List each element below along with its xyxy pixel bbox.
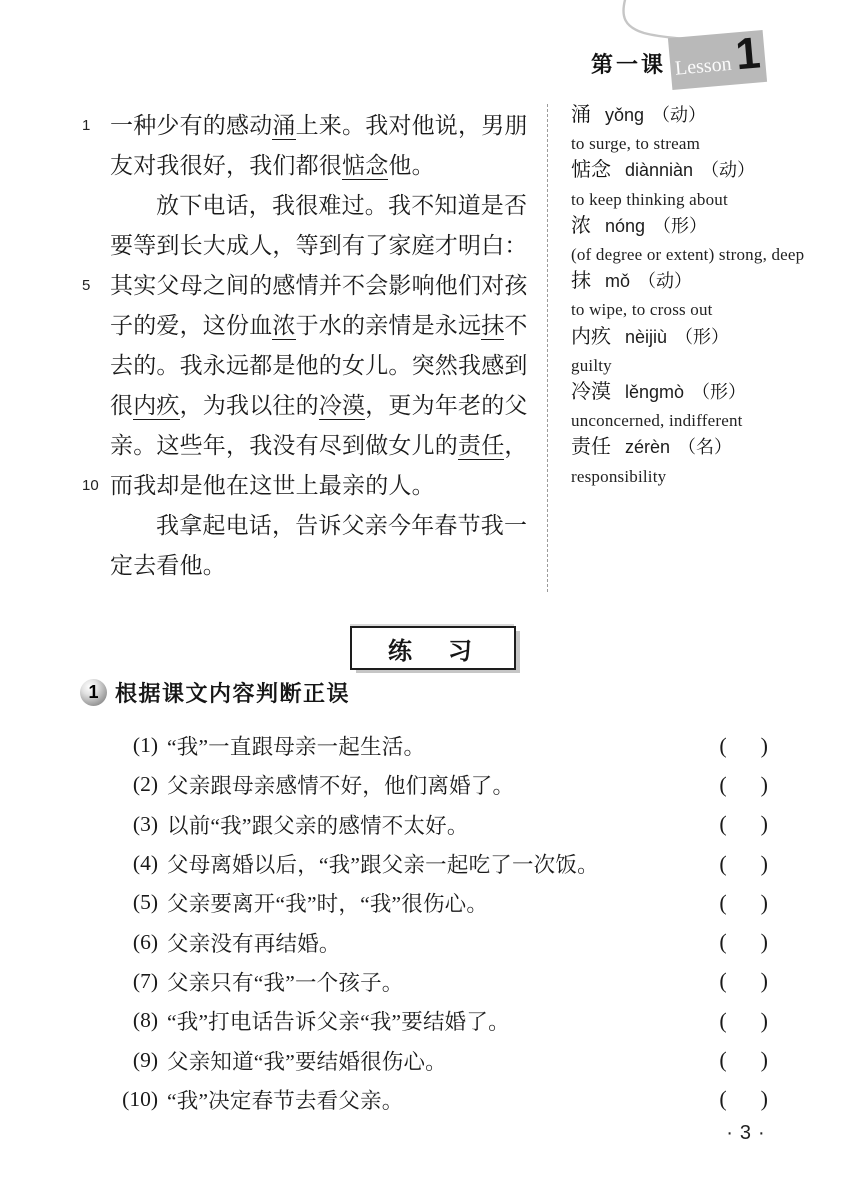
answer-bracket-close: ) (761, 929, 768, 955)
vocab-entry: 冷漠lěngmò（形）unconcerned, indifferent (571, 379, 835, 434)
question-number: (8) (112, 1008, 158, 1033)
vocab-definition: responsibility (571, 463, 835, 490)
vocab-pinyin: lěngmò (625, 382, 684, 402)
answer-bracket-open: ( (719, 772, 726, 798)
vocab-part-of-speech: （形） (653, 216, 707, 236)
vocab-part-of-speech: （形） (675, 327, 729, 347)
passage-text-segment: 定去看他。 (110, 553, 226, 578)
passage-text-segment: 子的爱，这份血 (110, 313, 272, 338)
passage-line: 很内疚，为我以往的冷漠，更为年老的父 (110, 386, 534, 426)
answer-bracket-close: ) (761, 1086, 768, 1112)
question-row: (10)“我”决定春节去看父亲。() (112, 1080, 768, 1119)
vocab-entry: 惦念diànniàn（动）to keep thinking about (571, 157, 835, 212)
vocab-pinyin: zérèn (625, 437, 670, 457)
underlined-vocab-word: 涌 (272, 113, 295, 140)
answer-bracket-open: ( (719, 968, 726, 994)
vocab-definition: to keep thinking about (571, 186, 835, 213)
underlined-vocab-word: 浓 (272, 313, 295, 340)
question-number: (3) (112, 812, 158, 837)
question-number: (7) (112, 969, 158, 994)
answer-brackets: () (719, 1047, 768, 1073)
vocab-definition: (of degree or extent) strong, deep (571, 241, 835, 268)
passage-line: 5其实父母之间的感情并不会影响他们对孩 (110, 266, 534, 306)
lesson-title-cn: 第一课 (591, 48, 666, 79)
question-number: (4) (112, 851, 158, 876)
passage-text-segment: 他。 (388, 153, 434, 178)
question-text: 父母离婚以后，“我”跟父亲一起吃了一次饭。 (167, 848, 599, 879)
passage-text-segment: 去的。我永远都是他的女儿。突然我感到 (110, 353, 528, 378)
answer-bracket-close: ) (761, 733, 768, 759)
lesson-label-en: Lesson (674, 52, 732, 80)
vocab-word: 冷漠 (571, 381, 611, 403)
vocab-definition: unconcerned, indifferent (571, 407, 835, 434)
passage-line: 友对我很好，我们都很惦念他。 (110, 146, 534, 186)
question-number: (2) (112, 772, 158, 797)
exercise-heading: 1 根据课文内容判断正误 (80, 678, 350, 706)
vocab-word: 责任 (571, 436, 611, 458)
answer-brackets: () (719, 772, 768, 798)
vocab-part-of-speech: （形） (692, 382, 746, 402)
page-number: ·3· (714, 1122, 784, 1145)
vocab-definition: guilty (571, 352, 835, 379)
passage-text-segment: 亲。这些年，我没有尽到做女儿的 (110, 433, 458, 458)
passage-line-number: 5 (82, 266, 106, 306)
answer-bracket-close: ) (761, 851, 768, 877)
question-text: “我”打电话告诉父亲“我”要结婚了。 (167, 1005, 510, 1036)
vocab-definition: to wipe, to cross out (571, 296, 835, 323)
passage-text-segment: ，更为年老的父 (365, 393, 527, 418)
question-number: (10) (112, 1087, 158, 1112)
passage-text-segment: 放下电话，我很难过。我不知道是否 (156, 193, 527, 218)
question-row: (5)父亲要离开“我”时，“我”很伤心。() (112, 883, 768, 922)
answer-bracket-open: ( (719, 733, 726, 759)
lesson-number-box: Lesson 1 (668, 30, 767, 90)
question-text: 父亲要离开“我”时，“我”很伤心。 (167, 887, 488, 918)
answer-bracket-close: ) (761, 1047, 768, 1073)
answer-bracket-open: ( (719, 890, 726, 916)
answer-bracket-close: ) (761, 1008, 768, 1034)
question-number: (1) (112, 733, 158, 758)
vocab-word-line: 内疚nèijiù（形） (571, 324, 835, 352)
question-row: (4)父母离婚以后，“我”跟父亲一起吃了一次饭。() (112, 844, 768, 883)
vocab-pinyin: yǒng (605, 105, 644, 125)
answer-bracket-close: ) (761, 772, 768, 798)
underlined-vocab-word: 抹 (481, 313, 504, 340)
exercise-section-banner: 练 习 (350, 626, 516, 670)
vocab-word-line: 浓nóng（形） (571, 213, 835, 241)
answer-bracket-open: ( (719, 1086, 726, 1112)
passage-text-segment: 其实父母之间的感情并不会影响他们对孩 (110, 273, 528, 298)
answer-bracket-open: ( (719, 1008, 726, 1034)
passage-line: 去的。我永远都是他的女儿。突然我感到 (110, 346, 534, 386)
passage-text-segment: 不 (504, 313, 527, 338)
answer-brackets: () (719, 1086, 768, 1112)
question-text: “我”决定春节去看父亲。 (167, 1084, 404, 1115)
question-text: 父亲没有再结婚。 (167, 927, 341, 958)
answer-bracket-open: ( (719, 1047, 726, 1073)
passage-line-number: 1 (82, 106, 106, 146)
column-divider (547, 104, 548, 592)
vocab-word: 内疚 (571, 326, 611, 348)
vocab-word: 浓 (571, 215, 591, 237)
answer-brackets: () (719, 851, 768, 877)
vocab-pinyin: mǒ (605, 271, 630, 291)
vocab-pinyin: diànniàn (625, 160, 693, 180)
question-list: (1)“我”一直跟母亲一起生活。()(2)父亲跟母亲感情不好，他们离婚了。()(… (112, 726, 768, 1119)
answer-brackets: () (719, 929, 768, 955)
question-number: (6) (112, 930, 158, 955)
question-row: (1)“我”一直跟母亲一起生活。() (112, 726, 768, 765)
answer-bracket-close: ) (761, 890, 768, 916)
passage-line: 定去看他。 (110, 546, 534, 586)
underlined-vocab-word: 内疚 (133, 393, 179, 420)
question-row: (9)父亲知道“我”要结婚很伤心。() (112, 1040, 768, 1079)
passage-text-segment: 上来。我对他说，男朋 (296, 113, 528, 138)
vocab-entry: 涌yǒng（动）to surge, to stream (571, 102, 835, 157)
vocab-definition: to surge, to stream (571, 130, 835, 157)
passage-text-segment: ， (504, 433, 527, 458)
question-row: (3)以前“我”跟父亲的感情不太好。() (112, 805, 768, 844)
exercise-instruction: 根据课文内容判断正误 (115, 677, 350, 708)
passage-line: 放下电话，我很难过。我不知道是否 (110, 186, 534, 226)
vocab-pinyin: nóng (605, 216, 645, 236)
question-row: (2)父亲跟母亲感情不好，他们离婚了。() (112, 765, 768, 804)
exercise-number-badge: 1 (80, 679, 107, 706)
vocab-word-line: 责任zérèn（名） (571, 434, 835, 462)
question-text: 父亲跟母亲感情不好，他们离婚了。 (167, 769, 514, 800)
passage-text-segment: ，为我以往的 (180, 393, 319, 418)
passage-line: 要等到长大成人，等到有了家庭才明白： (110, 226, 534, 266)
passage-line: 1一种少有的感动涌上来。我对他说，男朋 (110, 106, 534, 146)
passage-line: 我拿起电话，告诉父亲今年春节我一 (110, 506, 534, 546)
question-row: (7)父亲只有“我”一个孩子。() (112, 962, 768, 1001)
passage-line: 子的爱，这份血浓于水的亲情是永远抹不 (110, 306, 534, 346)
question-number: (9) (112, 1048, 158, 1073)
textbook-page: 第一课 Lesson 1 1一种少有的感动涌上来。我对他说，男朋友对我很好，我们… (0, 0, 850, 1200)
vocab-entry: 责任zérèn（名）responsibility (571, 434, 835, 489)
question-text: 以前“我”跟父亲的感情不太好。 (167, 809, 469, 840)
passage-text-segment: 一种少有的感动 (110, 113, 272, 138)
vocab-word: 抹 (571, 270, 591, 292)
passage-text-segment: 要等到长大成人，等到有了家庭才明白： (110, 233, 528, 258)
vocab-word-line: 抹mǒ（动） (571, 268, 835, 296)
question-row: (8)“我”打电话告诉父亲“我”要结婚了。() (112, 1001, 768, 1040)
vocab-part-of-speech: （动） (652, 105, 706, 125)
vocab-word: 惦念 (571, 159, 611, 181)
passage-text-segment: 很 (110, 393, 133, 418)
vocab-word-line: 惦念diànniàn（动） (571, 157, 835, 185)
vocab-word: 涌 (571, 104, 591, 126)
vocabulary-list: 涌yǒng（动）to surge, to stream惦念diànniàn（动）… (571, 102, 835, 490)
underlined-vocab-word: 冷漠 (319, 393, 365, 420)
lesson-number: 1 (734, 31, 762, 77)
answer-bracket-open: ( (719, 929, 726, 955)
vocab-part-of-speech: （动） (701, 160, 755, 180)
vocab-part-of-speech: （动） (638, 271, 692, 291)
answer-brackets: () (719, 890, 768, 916)
answer-bracket-open: ( (719, 811, 726, 837)
underlined-vocab-word: 惦念 (342, 153, 388, 180)
vocab-pinyin: nèijiù (625, 327, 667, 347)
vocab-part-of-speech: （名） (678, 437, 732, 457)
passage-line-number: 10 (82, 466, 106, 506)
answer-brackets: () (719, 1008, 768, 1034)
answer-bracket-close: ) (761, 968, 768, 994)
exercise-section-title: 练 习 (388, 631, 478, 666)
vocab-word-line: 涌yǒng（动） (571, 102, 835, 130)
answer-bracket-open: ( (719, 851, 726, 877)
vocab-entry: 浓nóng（形）(of degree or extent) strong, de… (571, 213, 835, 268)
vocab-word-line: 冷漠lěngmò（形） (571, 379, 835, 407)
passage-text-segment: 我拿起电话，告诉父亲今年春节我一 (156, 513, 527, 538)
passage-text-segment: 于水的亲情是永远 (296, 313, 482, 338)
question-text: 父亲只有“我”一个孩子。 (167, 966, 404, 997)
passage-line: 10而我却是他在这世上最亲的人。 (110, 466, 534, 506)
passage-text-segment: 而我却是他在这世上最亲的人。 (110, 473, 435, 498)
answer-brackets: () (719, 968, 768, 994)
reading-passage: 1一种少有的感动涌上来。我对他说，男朋友对我很好，我们都很惦念他。放下电话，我很… (110, 106, 534, 586)
question-number: (5) (112, 890, 158, 915)
answer-brackets: () (719, 733, 768, 759)
passage-text-segment: 友对我很好，我们都很 (110, 153, 342, 178)
answer-brackets: () (719, 811, 768, 837)
question-row: (6)父亲没有再结婚。() (112, 922, 768, 961)
answer-bracket-close: ) (761, 811, 768, 837)
vocab-entry: 内疚nèijiù（形）guilty (571, 324, 835, 379)
vocab-entry: 抹mǒ（动）to wipe, to cross out (571, 268, 835, 323)
question-text: “我”一直跟母亲一起生活。 (167, 730, 425, 761)
question-text: 父亲知道“我”要结婚很伤心。 (167, 1045, 447, 1076)
passage-line: 亲。这些年，我没有尽到做女儿的责任， (110, 426, 534, 466)
underlined-vocab-word: 责任 (458, 433, 504, 460)
